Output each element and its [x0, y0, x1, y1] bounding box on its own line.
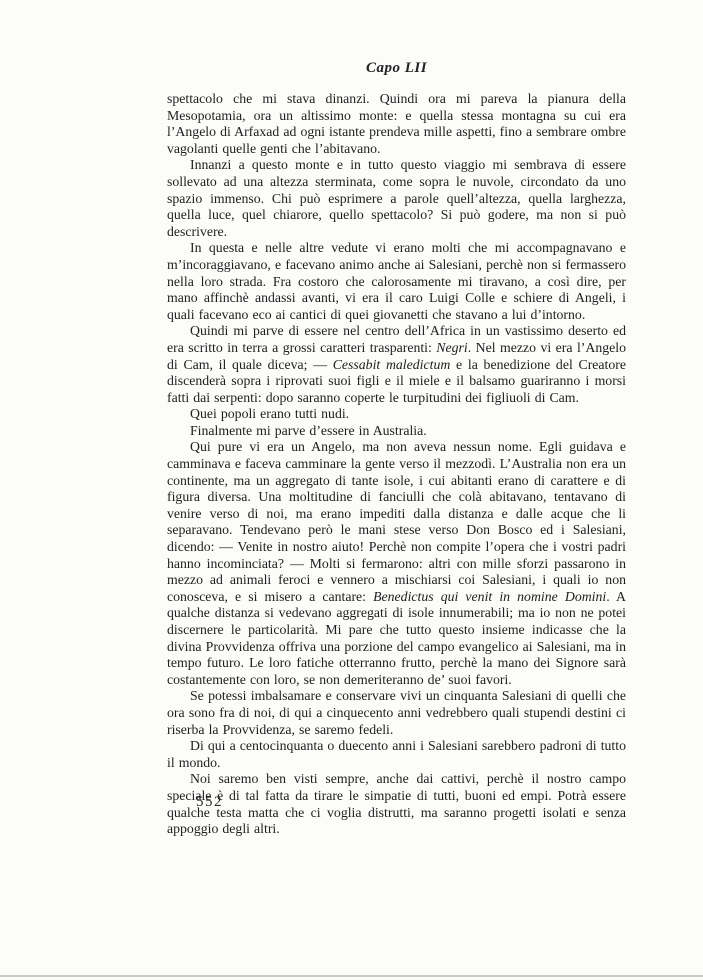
- paragraph-text: Innanzi a questo monte e in tutto questo…: [167, 157, 626, 238]
- paragraph-text: spettacolo che mi stava dinanzi. Quindi …: [167, 91, 626, 156]
- paragraph: Innanzi a questo monte e in tutto questo…: [167, 157, 626, 240]
- book-page: Capo LII spettacolo che mi stava dinanzi…: [0, 0, 703, 980]
- paragraph: In questa e nelle altre vedute vi erano …: [167, 240, 626, 323]
- paragraph: Se potessi imbalsamare e conservare vivi…: [167, 688, 626, 738]
- paragraph-text: Quei popoli erano tutti nudi.: [190, 406, 349, 421]
- italic-phrase: Negri: [436, 340, 467, 355]
- paragraph: Quindi mi parve di essere nel centro del…: [167, 323, 626, 406]
- paragraph-text: Finalmente mi parve d’essere in Australi…: [190, 423, 427, 438]
- paragraph: Noi saremo ben visti sempre, anche dai c…: [167, 771, 626, 837]
- paragraph: Di qui a centocinquanta o duecento anni …: [167, 738, 626, 771]
- paragraph-text: Di qui a centocinquanta o duecento anni …: [167, 738, 626, 770]
- paragraph-text: Qui pure vi era un Angelo, ma non aveva …: [167, 439, 626, 603]
- paragraph: Finalmente mi parve d’essere in Australi…: [167, 423, 626, 440]
- chapter-heading: Capo LII: [167, 60, 626, 77]
- text-column: Capo LII spettacolo che mi stava dinanzi…: [167, 60, 626, 838]
- italic-phrase: Benedictus qui venit in nomine Domini: [373, 589, 606, 604]
- italic-phrase: Cessabit maledictum: [333, 357, 451, 372]
- paragraph-text: Noi saremo ben visti sempre, anche dai c…: [167, 771, 626, 836]
- scan-edge-line: [0, 975, 703, 977]
- paragraph: Qui pure vi era un Angelo, ma non aveva …: [167, 439, 626, 688]
- page-number: 552: [196, 794, 223, 811]
- paragraph: Quei popoli erano tutti nudi.: [167, 406, 626, 423]
- paragraph-text: In questa e nelle altre vedute vi erano …: [167, 240, 626, 321]
- paragraph: spettacolo che mi stava dinanzi. Quindi …: [167, 91, 626, 157]
- paragraph-text: Se potessi imbalsamare e conservare vivi…: [167, 688, 626, 736]
